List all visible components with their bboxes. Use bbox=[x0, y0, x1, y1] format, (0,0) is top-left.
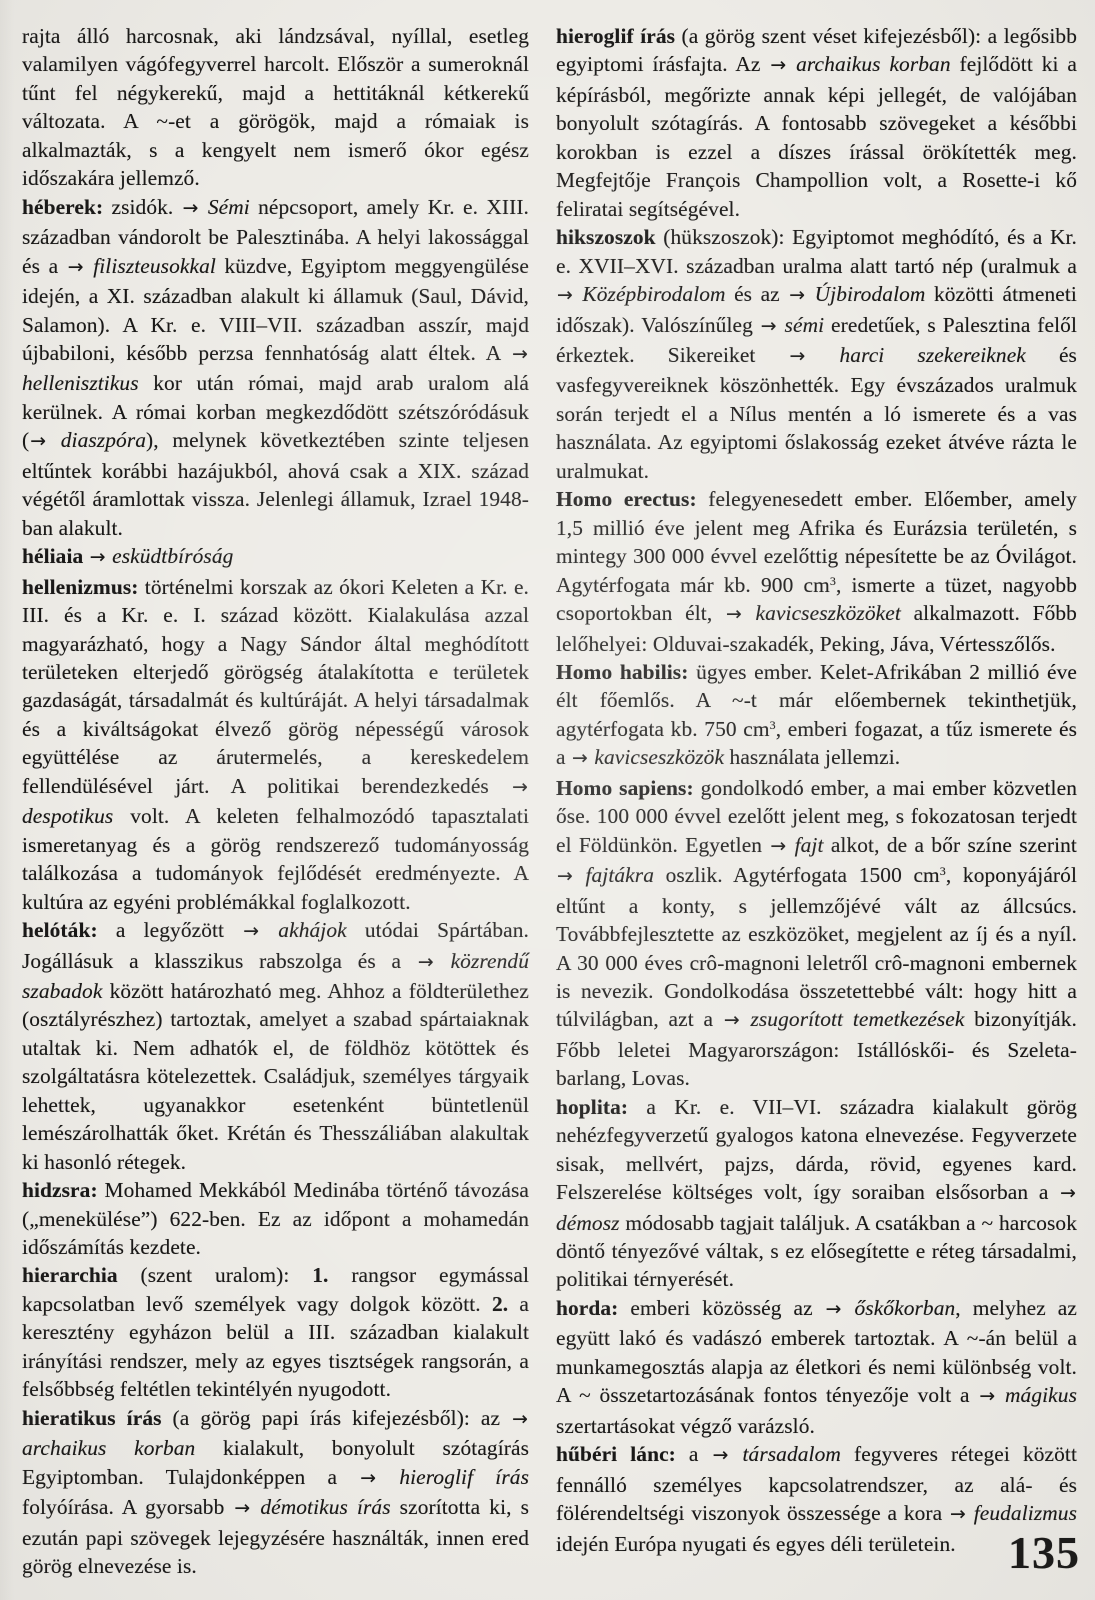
entry-hieratikus-iras: hieratikus írás (a görög papi írás kifej… bbox=[22, 1404, 529, 1581]
entry-text: emberi közösség az bbox=[618, 1296, 824, 1320]
cross-reference-term: archaikus korban bbox=[787, 52, 959, 76]
cross-reference-term: zsugorított temetkezések bbox=[741, 1007, 974, 1031]
cross-reference-term: mágikus bbox=[996, 1383, 1077, 1407]
entry-hellenizmus: hellenizmus: történelmi korszak az ókori… bbox=[22, 573, 529, 916]
cross-reference-arrow-icon: → bbox=[712, 1445, 730, 1466]
entry-term: héberek: bbox=[22, 195, 103, 219]
entry-text: idején Európa nyugati és egyes déli terü… bbox=[556, 1532, 956, 1556]
entry-term: Homo habilis: bbox=[556, 660, 688, 684]
cross-reference-term: démosz bbox=[556, 1211, 625, 1235]
entry-text: használata jellemzi. bbox=[730, 745, 901, 769]
scanned-lexicon-page: { "page": { "page_number": "135", "paper… bbox=[0, 0, 1095, 1600]
entry-heberek: héberek: zsidók. → Sémi népcsoport, amel… bbox=[22, 193, 529, 542]
entry-term: horda: bbox=[556, 1296, 618, 1320]
entry-term: hűbéri lánc: bbox=[556, 1442, 676, 1466]
entry-continuation: rajta álló harcosnak, aki lándzsával, ny… bbox=[22, 22, 529, 193]
cross-reference-term: hieroglif írás bbox=[377, 1465, 529, 1489]
cross-reference-term: filiszteusokkal bbox=[85, 254, 225, 278]
entry-horda: horda: emberi közösség az → őskőkorban, … bbox=[556, 1294, 1077, 1440]
cross-reference-term: sémi bbox=[778, 313, 831, 337]
entry-term: hikszoszok bbox=[556, 225, 656, 249]
cross-reference-term: őskőkorban bbox=[843, 1296, 956, 1320]
entry-term: hieroglif írás bbox=[556, 24, 675, 48]
entry-term: 2. bbox=[492, 1292, 508, 1316]
entry-text: alkot, de a bőr színe szerint bbox=[831, 833, 1077, 857]
entry-text: Mohamed Mekkából Medinába történő távozá… bbox=[22, 1178, 529, 1259]
cross-reference-term: archaikus korban bbox=[22, 1436, 223, 1460]
cross-reference-term: akhájok bbox=[260, 918, 365, 942]
entry-text: történelmi korszak az ókori Keleten a Kr… bbox=[22, 575, 529, 798]
entry-term: hoplita: bbox=[556, 1095, 628, 1119]
cross-reference-arrow-icon: → bbox=[723, 1010, 741, 1031]
cross-reference-term: démotikus írás bbox=[251, 1495, 399, 1519]
cross-reference-arrow-icon: → bbox=[67, 257, 85, 278]
cross-reference-term: kavicseszközöket bbox=[743, 601, 914, 625]
cross-reference-term: Sémi bbox=[200, 195, 259, 219]
entry-hoplita: hoplita: a Kr. e. VII–VI. századra kiala… bbox=[556, 1093, 1077, 1294]
cross-reference-arrow-icon: → bbox=[949, 1504, 967, 1525]
entry-text: a legyőzött bbox=[98, 918, 243, 942]
cross-reference-term: despotikus bbox=[22, 804, 130, 828]
cross-reference-term: Újbirodalom bbox=[806, 282, 934, 306]
cross-reference-arrow-icon: → bbox=[556, 285, 574, 306]
entry-text: oszlik. Agytérfogata 1500 cm bbox=[666, 863, 940, 887]
entry-term: Homo sapiens: bbox=[556, 776, 694, 800]
entry-hikszoszok: hikszoszok (hükszoszok): Egyiptomot megh… bbox=[556, 223, 1077, 485]
cross-reference-arrow-icon: → bbox=[978, 1386, 996, 1407]
cross-reference-arrow-icon: → bbox=[1059, 1183, 1077, 1204]
entry-term: hierarchia bbox=[22, 1263, 118, 1287]
cross-reference-arrow-icon: → bbox=[825, 1299, 843, 1320]
cross-reference-term: harci szekereiknek bbox=[806, 343, 1059, 367]
cross-reference-term: fajt bbox=[787, 833, 831, 857]
cross-reference-term: hellenisztikus bbox=[22, 371, 153, 395]
entry-term: 1. bbox=[312, 1263, 328, 1287]
entry-term: hidzsra: bbox=[22, 1178, 98, 1202]
entry-term: hellenizmus: bbox=[22, 575, 138, 599]
entry-text: zsidók. bbox=[103, 195, 181, 219]
entry-hieroglif-iras: hieroglif írás (a görög szent véset kife… bbox=[556, 22, 1077, 223]
cross-reference-arrow-icon: → bbox=[417, 952, 435, 973]
cross-reference-arrow-icon: → bbox=[571, 748, 589, 769]
cross-reference-term: kavicseszközök bbox=[589, 745, 730, 769]
cross-reference-arrow-icon: → bbox=[89, 547, 107, 568]
entry-text: fejlődött ki a képírásból, megőrizte ann… bbox=[556, 52, 1077, 220]
cross-reference-arrow-icon: → bbox=[725, 604, 743, 625]
cross-reference-arrow-icon: → bbox=[242, 921, 260, 942]
entry-text: szertartásokat végző varázsló. bbox=[556, 1414, 815, 1438]
page-number: 135 bbox=[1008, 1526, 1078, 1579]
entry-text: és az bbox=[734, 282, 788, 306]
entry-text: folyóírása. A gyorsabb bbox=[22, 1495, 233, 1519]
cross-reference-arrow-icon: → bbox=[511, 344, 529, 365]
entry-homo-habilis: Homo habilis: ügyes ember. Kelet-Afrikáb… bbox=[556, 658, 1077, 774]
cross-reference-term: társadalom bbox=[729, 1442, 854, 1466]
cross-reference-term: diaszpóra bbox=[47, 428, 146, 452]
entry-text: (a görög papi írás kifejezésből): az bbox=[162, 1406, 512, 1430]
entry-text: a Kr. e. VII–VI. századra kialakult görö… bbox=[556, 1095, 1077, 1204]
entry-term: hieratikus írás bbox=[22, 1406, 162, 1430]
cross-reference-arrow-icon: → bbox=[769, 55, 787, 76]
cross-reference-arrow-icon: → bbox=[556, 866, 574, 887]
entry-hierarchia: hierarchia (szent uralom): 1. rangsor eg… bbox=[22, 1261, 529, 1403]
entry-term: helóták: bbox=[22, 918, 98, 942]
entry-homo-sapiens: Homo sapiens: gondolkodó ember, a mai em… bbox=[556, 774, 1077, 1093]
cross-reference-arrow-icon: → bbox=[233, 1498, 251, 1519]
cross-reference-arrow-icon: → bbox=[789, 346, 807, 367]
cross-reference-arrow-icon: → bbox=[359, 1468, 377, 1489]
cross-reference-arrow-icon: → bbox=[769, 836, 787, 857]
entry-hidzsra: hidzsra: Mohamed Mekkából Medinába törté… bbox=[22, 1176, 529, 1261]
entry-text: módosabb tagjait találjuk. A csatákban a… bbox=[556, 1211, 1077, 1292]
entry-huberi-lanc: hűbéri lánc: a → társadalom fegyveres ré… bbox=[556, 1440, 1077, 1558]
cross-reference-arrow-icon: → bbox=[511, 777, 529, 798]
cross-reference-arrow-icon: → bbox=[182, 198, 200, 219]
entry-helotak: helóták: a legyőzött → akhájok utódai Sp… bbox=[22, 916, 529, 1176]
cross-reference-arrow-icon: → bbox=[788, 285, 806, 306]
cross-reference-arrow-icon: → bbox=[29, 431, 47, 452]
cross-reference-term: feudalizmus bbox=[967, 1501, 1077, 1525]
cross-reference-term: esküdtbíróság bbox=[107, 544, 234, 568]
cross-reference-term: fajtákra bbox=[574, 863, 666, 887]
entry-heliaia: héliaia → esküdtbíróság bbox=[22, 542, 529, 572]
entry-term: héliaia bbox=[22, 544, 89, 568]
entry-text: rajta álló harcosnak, aki lándzsával, ny… bbox=[22, 24, 529, 190]
entry-text: között határozható meg. Ahhoz a földterü… bbox=[22, 979, 529, 1174]
entry-text: a bbox=[676, 1442, 712, 1466]
entry-homo-erectus: Homo erectus: felegyenesedett ember. Elő… bbox=[556, 485, 1077, 658]
right-column: hieroglif írás (a görög szent véset kife… bbox=[556, 22, 1077, 1558]
left-column: rajta álló harcosnak, aki lándzsával, ny… bbox=[22, 22, 529, 1580]
entry-term: Homo erectus: bbox=[556, 487, 697, 511]
cross-reference-term: Középbirodalom bbox=[574, 282, 734, 306]
entry-text: (szent uralom): bbox=[118, 1263, 313, 1287]
cross-reference-arrow-icon: → bbox=[760, 316, 778, 337]
cross-reference-arrow-icon: → bbox=[511, 1409, 529, 1430]
